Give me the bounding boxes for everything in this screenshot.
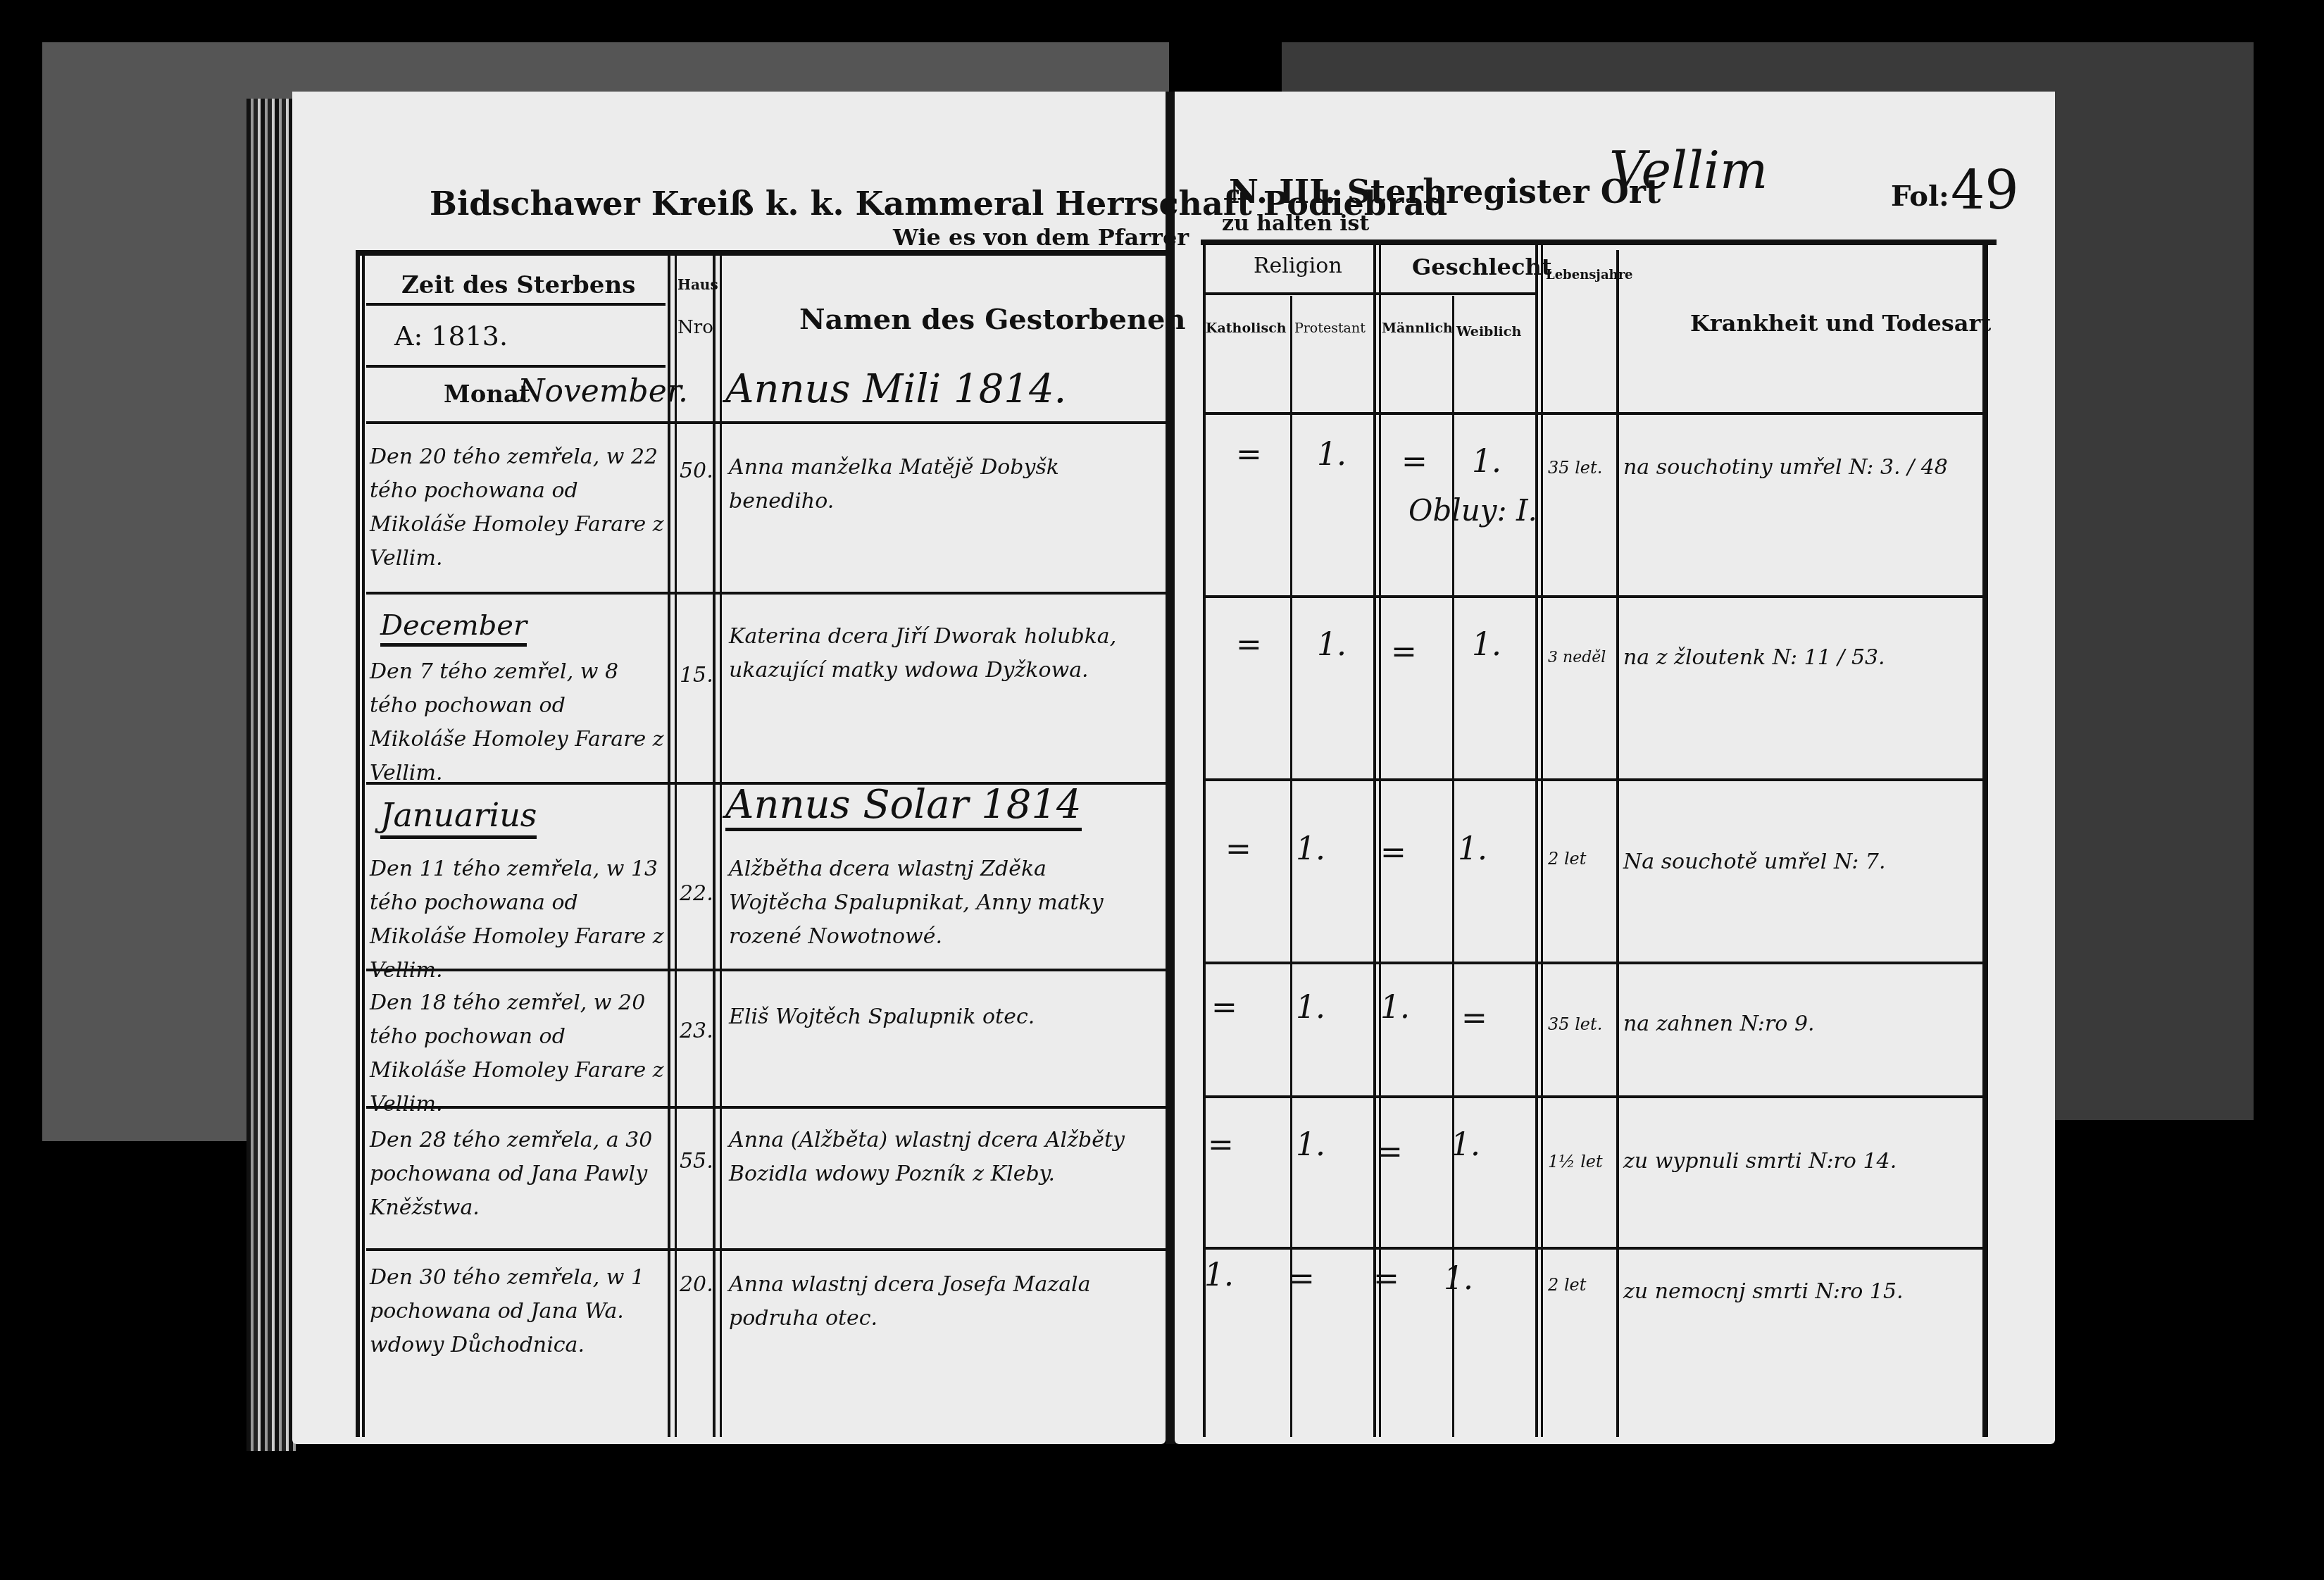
header-bottom-rule-right [1206,412,1984,415]
entry-protestant: 1. [1296,1127,1325,1163]
entry-name: Katerina dcera Jiří Dworak holubka, ukaz… [729,620,1151,688]
col-protestant: Protestant [1294,321,1366,336]
left-table-top-rule [356,250,1166,256]
right-table-top-rule [1201,240,1997,245]
sex-age-divider-inner [1541,243,1543,1437]
entry-catholic: 1. [1204,1257,1234,1293]
entry-protestant: 1. [1317,437,1347,473]
entry-catholic: = [1211,990,1237,1026]
place-name: Vellim [1609,141,1768,200]
entry-house-no: 50. [680,454,711,488]
entry-name: Anna wlastnj dcera Josefa Mazala podruha… [729,1268,1151,1336]
folio-number: 49 [1951,158,2019,221]
col-female: Weiblich [1456,324,1521,340]
row-rule-right [1206,1247,1984,1250]
col-catholic: Katholisch [1206,321,1287,336]
rule [366,303,666,306]
entry-date: Den 7 tého zemřel, w 8 tého pochowan od … [370,655,666,790]
entry-age: 35 let. [1548,1007,1615,1041]
entry-age: 1½ let [1548,1145,1615,1178]
entry-age: 35 let. [1548,451,1615,485]
entry-house-no: 55. [680,1145,711,1178]
entry-age: 3 neděl [1548,641,1615,675]
entry-date: Den 20 tého zemřela, w 22 tého pochowana… [370,440,666,576]
entry-protestant: = [1289,1261,1315,1297]
year-label: A: 1813. [394,321,508,352]
sex-age-divider [1535,243,1538,1437]
entry-illness: na souchotiny umřel N: 3. / 48 [1623,451,1975,485]
annus-heading: Annus Mili 1814. [725,366,1066,412]
header-bottom-rule [366,421,1166,424]
entry-name: Alžbětha dcera wlastnj Zděka Wojtěcha Sp… [729,852,1151,954]
month-col-divider-inner [675,254,677,1437]
entry-catholic: = [1225,831,1251,867]
col-names: Namen des Gestorbenen [799,303,1186,336]
row-rule [366,969,1166,971]
left-header-subtitle: Wie es von dem Pfarrer [893,224,1189,251]
entry-illness: zu nemocnj smrti N:ro 15. [1623,1275,1975,1309]
row-rule [366,1106,1166,1109]
annus-section-heading: Annus Solar 1814 [725,782,1082,831]
age-illness-divider [1616,250,1619,1437]
folio-label: Fol: [1891,180,1949,213]
entry-female: 1. [1451,1127,1480,1163]
entry-date: Den 11 tého zemřela, w 13 tého pochowana… [370,852,666,988]
row-rule-right [1206,1095,1984,1098]
entry-house-no: 15. [680,659,711,692]
entry-illness: Na souchotě umřel N: 7. [1623,845,1975,879]
entry-male: 1. [1380,990,1410,1026]
entry-illness: na z žloutenk N: 11 / 53. [1623,641,1975,675]
entry-date: Den 30 tého zemřela, w 1 pochowana od Ja… [370,1261,666,1362]
col-religion: Religion [1254,254,1342,278]
entry-month-heading: December [380,609,527,647]
entry-age: 2 let [1548,842,1615,876]
col-time-of-death: Zeit des Sterbens [401,271,635,299]
entry-house-no: 23. [680,1014,711,1048]
col-sex: Geschlecht [1412,254,1552,280]
row-rule-right [1206,962,1984,964]
entry-female: 1. [1472,627,1501,663]
month-col-divider [668,254,670,1437]
row-rule [366,592,1166,595]
col-house-top: Haus [677,276,718,293]
right-table-right-border [1982,243,1988,1437]
entry-male: = [1373,1261,1399,1297]
book-gutter [1166,92,1175,1444]
entry-illness: zu wypnuli smrti N:ro 14. [1623,1145,1975,1178]
entry-illness: na zahnen N:ro 9. [1623,1007,1975,1041]
entry-male: = [1401,444,1427,480]
religion-sex-divider [1373,243,1376,1437]
col-illness: Krankheit und Todesart [1690,310,1991,337]
entry-house-no: 20. [680,1268,711,1302]
row-rule-right [1206,595,1984,598]
entry-protestant: 1. [1296,990,1325,1026]
entry-catholic: = [1236,437,1262,473]
entry-date: Den 28 tého zemřela, a 30 pochowana od J… [370,1124,666,1225]
book-page-edges [246,99,296,1451]
left-table-left-border-inner [362,254,365,1437]
entry-male: = [1377,1134,1403,1170]
month-value: November. [518,373,688,409]
right-header-subtitle: zu halten ist [1222,211,1369,236]
entry-female: = [1461,1000,1487,1036]
entry-age: 2 let [1548,1268,1615,1302]
rule [366,365,666,368]
entry-house-no: 22. [680,877,711,911]
entry-name: Anna (Alžběta) wlastnj dcera Alžběty Boz… [729,1124,1151,1191]
entry-margin-note: Obluy: I. [1408,493,1537,528]
rule [1206,292,1537,295]
entry-male: = [1391,634,1417,670]
entry-catholic: = [1208,1127,1234,1163]
col-age: Lebensjahre [1546,268,1633,282]
col-house-bottom: Nro [677,317,713,338]
entry-month-heading: Januarius [380,796,537,839]
entry-protestant: 1. [1296,831,1325,867]
row-rule [366,1248,1166,1251]
left-table-left-border [356,254,360,1437]
entry-catholic: = [1236,627,1262,663]
entry-male: = [1380,835,1406,871]
entry-date: Den 18 tého zemřel, w 20 tého pochowan o… [370,986,666,1121]
entry-name: Anna manželka Matějě Dobyšk benediho. [729,451,1151,518]
right-header-title: N. III. Sterbregister Ort [1229,173,1661,211]
entry-name: Eliš Wojtěch Spalupnik otec. [729,1000,1151,1034]
entry-female: 1. [1444,1261,1473,1297]
house-col-divider-inner [720,254,722,1437]
entry-female: 1. [1458,831,1487,867]
entry-female: 1. [1472,444,1501,480]
row-rule-right [1206,778,1984,781]
entry-protestant: 1. [1317,627,1347,663]
house-col-divider [713,254,716,1437]
col-male: Männlich [1382,321,1453,336]
